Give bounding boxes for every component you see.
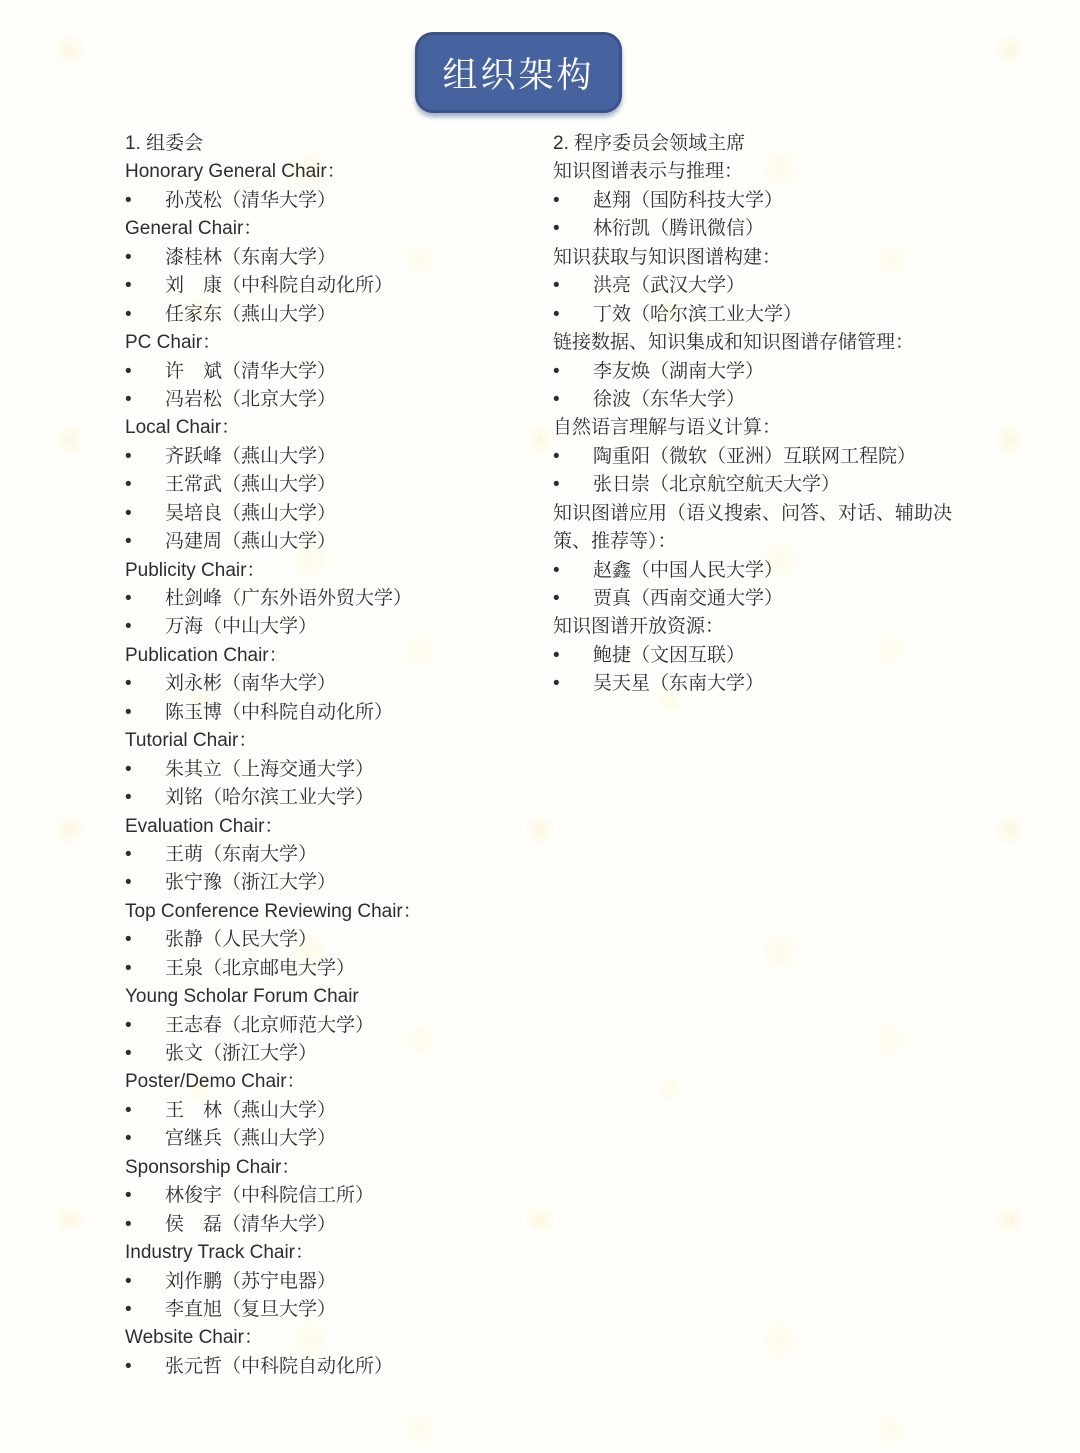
member-name: 贾真（西南交通大学） [593, 585, 957, 613]
role-label: Young Scholar Forum Chair [125, 983, 460, 1011]
member-name: 吴天星（东南大学） [593, 670, 957, 698]
bullet-icon: • [125, 955, 165, 983]
role-label: PC Chair： [125, 329, 460, 357]
member-item: •张宁豫（浙江大学） [125, 869, 460, 897]
member-name: 吴培良（燕山大学） [165, 500, 460, 528]
role-label: Local Chair： [125, 414, 460, 442]
role-label: General Chair： [125, 215, 460, 243]
member-name: 齐跃峰（燕山大学） [165, 443, 460, 471]
member-name: 宫继兵（燕山大学） [165, 1125, 460, 1153]
member-name: 张元哲（中科院自动化所） [165, 1353, 460, 1381]
bullet-icon: • [125, 1211, 165, 1239]
member-item: •任家东（燕山大学） [125, 301, 460, 329]
member-name: 鲍捷（文因互联） [593, 642, 957, 670]
role-label: Tutorial Chair： [125, 727, 460, 755]
member-item: •贾真（西南交通大学） [553, 585, 957, 613]
member-name: 冯建周（燕山大学） [165, 528, 460, 556]
member-name: 漆桂林（东南大学） [165, 244, 460, 272]
bullet-icon: • [125, 272, 165, 300]
role-label: Poster/Demo Chair： [125, 1068, 460, 1096]
member-name: 王志春（北京师范大学） [165, 1012, 460, 1040]
bullet-icon: • [125, 784, 165, 812]
role-label: 知识图谱应用（语义搜索、问答、对话、辅助决策、推荐等）： [553, 500, 957, 557]
bullet-icon: • [125, 1182, 165, 1210]
member-item: •王志春（北京师范大学） [125, 1012, 460, 1040]
member-item: •刘作鹏（苏宁电器） [125, 1268, 460, 1296]
member-name: 万海（中山大学） [165, 613, 460, 641]
bullet-icon: • [553, 443, 593, 471]
member-name: 赵翔（国防科技大学） [593, 187, 957, 215]
bullet-icon: • [553, 301, 593, 329]
bullet-icon: • [125, 1125, 165, 1153]
bullet-icon: • [125, 500, 165, 528]
member-name: 陈玉博（中科院自动化所） [165, 699, 460, 727]
column-heading: 2. 程序委员会领域主席 [553, 130, 957, 158]
member-name: 林俊宇（中科院信工所） [165, 1182, 460, 1210]
member-name: 王萌（东南大学） [165, 841, 460, 869]
bullet-icon: • [125, 471, 165, 499]
member-name: 李友焕（湖南大学） [593, 358, 957, 386]
member-item: •林俊宇（中科院信工所） [125, 1182, 460, 1210]
member-item: •刘铭（哈尔滨工业大学） [125, 784, 460, 812]
bullet-icon: • [125, 699, 165, 727]
role-label: Top Conference Reviewing Chair： [125, 898, 460, 926]
bullet-icon: • [125, 1353, 165, 1381]
member-item: •张元哲（中科院自动化所） [125, 1353, 460, 1381]
member-item: •朱其立（上海交通大学） [125, 756, 460, 784]
member-item: •王 林（燕山大学） [125, 1097, 460, 1125]
bullet-icon: • [125, 1040, 165, 1068]
program-committee-column: 2. 程序委员会领域主席知识图谱表示与推理：•赵翔（国防科技大学）•林衍凯（腾讯… [553, 130, 957, 699]
bullet-icon: • [553, 670, 593, 698]
column-heading: 1. 组委会 [125, 130, 460, 158]
member-name: 徐波（东华大学） [593, 386, 957, 414]
role-label: Evaluation Chair： [125, 813, 460, 841]
member-item: •张文（浙江大学） [125, 1040, 460, 1068]
member-item: •孙茂松（清华大学） [125, 187, 460, 215]
member-item: •万海（中山大学） [125, 613, 460, 641]
member-name: 朱其立（上海交通大学） [165, 756, 460, 784]
member-name: 刘永彬（南华大学） [165, 670, 460, 698]
bullet-icon: • [125, 1097, 165, 1125]
member-item: •刘永彬（南华大学） [125, 670, 460, 698]
role-label: 自然语言理解与语义计算： [553, 414, 957, 442]
member-name: 王泉（北京邮电大学） [165, 955, 460, 983]
member-name: 李直旭（复旦大学） [165, 1296, 460, 1324]
organizing-committee-column: 1. 组委会Honorary General Chair：•孙茂松（清华大学）G… [125, 130, 460, 1381]
member-item: •刘 康（中科院自动化所） [125, 272, 460, 300]
bullet-icon: • [125, 386, 165, 414]
bullet-icon: • [125, 869, 165, 897]
member-item: •鲍捷（文因互联） [553, 642, 957, 670]
bullet-icon: • [553, 557, 593, 585]
role-label: 链接数据、知识集成和知识图谱存储管理： [553, 329, 957, 357]
member-name: 张文（浙江大学） [165, 1040, 460, 1068]
member-name: 张宁豫（浙江大学） [165, 869, 460, 897]
bullet-icon: • [553, 187, 593, 215]
member-item: •徐波（东华大学） [553, 386, 957, 414]
member-item: •侯 磊（清华大学） [125, 1211, 460, 1239]
role-label: Sponsorship Chair： [125, 1154, 460, 1182]
bullet-icon: • [125, 613, 165, 641]
member-item: •王萌（东南大学） [125, 841, 460, 869]
member-name: 刘铭（哈尔滨工业大学） [165, 784, 460, 812]
bullet-icon: • [125, 926, 165, 954]
role-label: Website Chair： [125, 1324, 460, 1352]
bullet-icon: • [125, 1296, 165, 1324]
member-item: •丁效（哈尔滨工业大学） [553, 301, 957, 329]
member-name: 许 斌（清华大学） [165, 358, 460, 386]
bullet-icon: • [125, 244, 165, 272]
role-label: 知识图谱表示与推理： [553, 158, 957, 186]
member-item: •张日崇（北京航空航天大学） [553, 471, 957, 499]
bullet-icon: • [553, 471, 593, 499]
member-item: •洪亮（武汉大学） [553, 272, 957, 300]
member-name: 丁效（哈尔滨工业大学） [593, 301, 957, 329]
bullet-icon: • [125, 358, 165, 386]
member-name: 陶重阳（微软（亚洲）互联网工程院） [593, 443, 957, 471]
member-item: •杜剑峰（广东外语外贸大学） [125, 585, 460, 613]
role-label: Publicity Chair： [125, 557, 460, 585]
member-name: 孙茂松（清华大学） [165, 187, 460, 215]
member-item: •冯建周（燕山大学） [125, 528, 460, 556]
member-name: 侯 磊（清华大学） [165, 1211, 460, 1239]
bullet-icon: • [125, 187, 165, 215]
member-name: 冯岩松（北京大学） [165, 386, 460, 414]
bullet-icon: • [125, 670, 165, 698]
member-item: •王泉（北京邮电大学） [125, 955, 460, 983]
bullet-icon: • [125, 1012, 165, 1040]
role-label: 知识获取与知识图谱构建： [553, 244, 957, 272]
member-item: •宫继兵（燕山大学） [125, 1125, 460, 1153]
role-label: Honorary General Chair： [125, 158, 460, 186]
role-label: Publication Chair： [125, 642, 460, 670]
member-item: •李直旭（复旦大学） [125, 1296, 460, 1324]
bullet-icon: • [125, 1268, 165, 1296]
member-name: 洪亮（武汉大学） [593, 272, 957, 300]
member-name: 刘作鹏（苏宁电器） [165, 1268, 460, 1296]
bullet-icon: • [125, 301, 165, 329]
bullet-icon: • [553, 386, 593, 414]
member-item: •吴天星（东南大学） [553, 670, 957, 698]
bullet-icon: • [553, 215, 593, 243]
member-item: •张静（人民大学） [125, 926, 460, 954]
member-item: •赵翔（国防科技大学） [553, 187, 957, 215]
page-title: 组织架构 [442, 48, 594, 98]
role-label: 知识图谱开放资源： [553, 613, 957, 641]
member-item: •陈玉博（中科院自动化所） [125, 699, 460, 727]
member-name: 林衍凯（腾讯微信） [593, 215, 957, 243]
bullet-icon: • [553, 358, 593, 386]
bullet-icon: • [125, 443, 165, 471]
member-name: 王常武（燕山大学） [165, 471, 460, 499]
member-item: •王常武（燕山大学） [125, 471, 460, 499]
member-name: 张静（人民大学） [165, 926, 460, 954]
member-item: •许 斌（清华大学） [125, 358, 460, 386]
member-item: •李友焕（湖南大学） [553, 358, 957, 386]
member-item: •冯岩松（北京大学） [125, 386, 460, 414]
bullet-icon: • [125, 585, 165, 613]
bullet-icon: • [553, 272, 593, 300]
member-name: 刘 康（中科院自动化所） [165, 272, 460, 300]
bullet-icon: • [125, 528, 165, 556]
bullet-icon: • [125, 756, 165, 784]
member-name: 赵鑫（中国人民大学） [593, 557, 957, 585]
member-item: •赵鑫（中国人民大学） [553, 557, 957, 585]
member-name: 王 林（燕山大学） [165, 1097, 460, 1125]
bullet-icon: • [125, 841, 165, 869]
member-item: •林衍凯（腾讯微信） [553, 215, 957, 243]
member-name: 杜剑峰（广东外语外贸大学） [165, 585, 460, 613]
bullet-icon: • [553, 642, 593, 670]
member-item: •漆桂林（东南大学） [125, 244, 460, 272]
title-badge: 组织架构 [415, 32, 622, 113]
member-item: •吴培良（燕山大学） [125, 500, 460, 528]
member-name: 任家东（燕山大学） [165, 301, 460, 329]
bullet-icon: • [553, 585, 593, 613]
member-item: •陶重阳（微软（亚洲）互联网工程院） [553, 443, 957, 471]
member-name: 张日崇（北京航空航天大学） [593, 471, 957, 499]
member-item: •齐跃峰（燕山大学） [125, 443, 460, 471]
role-label: Industry Track Chair： [125, 1239, 460, 1267]
